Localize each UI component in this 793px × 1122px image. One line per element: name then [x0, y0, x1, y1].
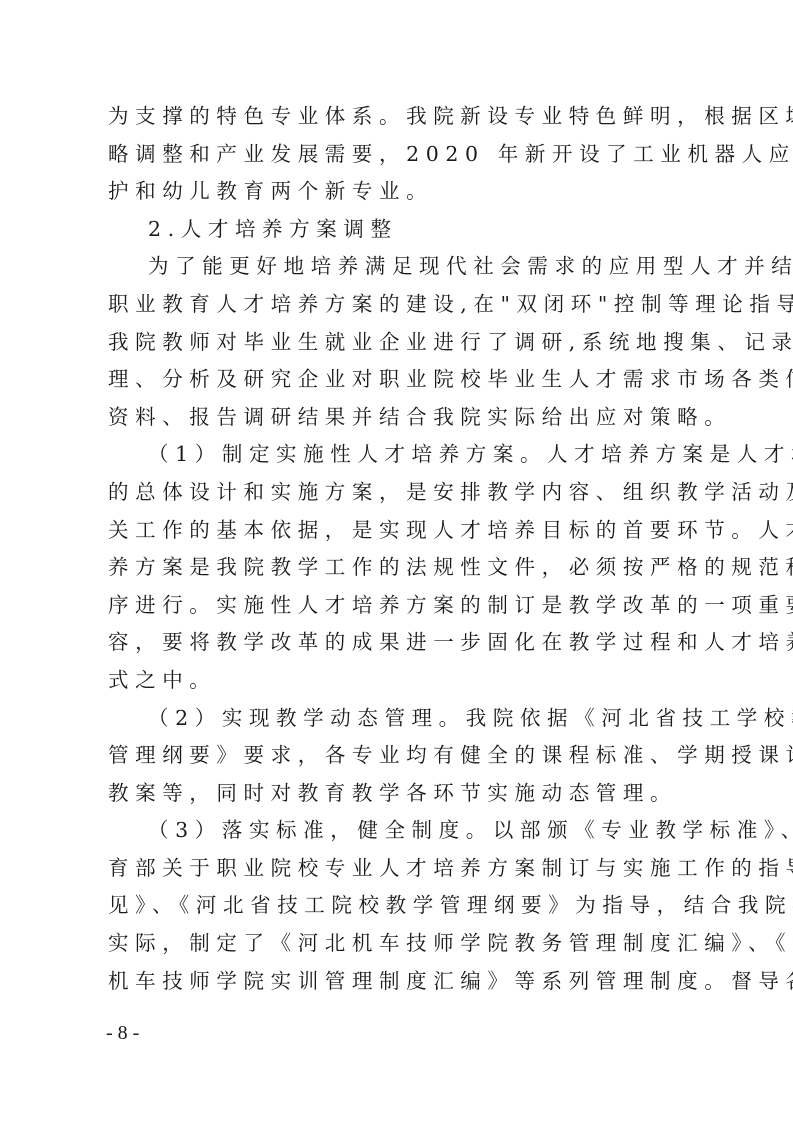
text-line: 见》、《河北省技工院校教学管理纲要》为指导，结合我院教学: [108, 887, 688, 925]
document-body: 为支撑的特色专业体系。我院新设专业特色鲜明，根据区域战 略调整和产业发展需要，2…: [108, 98, 688, 1000]
text-line: 略调整和产业发展需要，2020 年新开设了工业机器人应用与维: [108, 136, 688, 174]
text-line: 护和幼儿教育两个新专业。: [108, 173, 688, 211]
page-number: - 8 -: [106, 1022, 139, 1045]
text-line: 教案等，同时对教育教学各环节实施动态管理。: [108, 775, 688, 813]
text-line: （1）制定实施性人才培养方案。人才培养方案是人才培养: [108, 436, 688, 474]
text-line: 养方案是我院教学工作的法规性文件，必须按严格的规范和程: [108, 549, 688, 587]
text-line: 资料、报告调研结果并结合我院实际给出应对策略。: [108, 399, 688, 437]
text-line: 育部关于职业院校专业人才培养方案制订与实施工作的指导意: [108, 850, 688, 888]
text-line: 的总体设计和实施方案，是安排教学内容、组织教学活动及有: [108, 474, 688, 512]
text-line: 管理纲要》要求，各专业均有健全的课程标准、学期授课计划、: [108, 737, 688, 775]
text-line: 容，要将教学改革的成果进一步固化在教学过程和人才培养模: [108, 624, 688, 662]
text-line: 理、分析及研究企业对职业院校毕业生人才需求市场各类信息: [108, 361, 688, 399]
text-line: 我院教师对毕业生就业企业进行了调研,系统地搜集、记录、整: [108, 324, 688, 362]
text-line: 为了能更好地培养满足现代社会需求的应用型人才并结合: [108, 248, 688, 286]
text-line: 关工作的基本依据，是实现人才培养目标的首要环节。人才培: [108, 512, 688, 550]
text-line: 序进行。实施性人才培养方案的制订是教学改革的一项重要内: [108, 587, 688, 625]
text-line: 式之中。: [108, 662, 688, 700]
text-line: 为支撑的特色专业体系。我院新设专业特色鲜明，根据区域战: [108, 98, 688, 136]
text-line: （2）实现教学动态管理。我院依据《河北省技工学校教学: [108, 700, 688, 738]
text-line: （3）落实标准，健全制度。以部颁《专业教学标准》、《教: [108, 812, 688, 850]
section-heading: 2.人才培养方案调整: [108, 211, 688, 249]
text-line: 实际，制定了《河北机车技师学院教务管理制度汇编》、《河北: [108, 925, 688, 963]
text-line: 机车技师学院实训管理制度汇编》等系列管理制度。督导各专: [108, 963, 688, 1001]
text-line: 职业教育人才培养方案的建设,在"双闭环"控制等理论指导下,: [108, 286, 688, 324]
